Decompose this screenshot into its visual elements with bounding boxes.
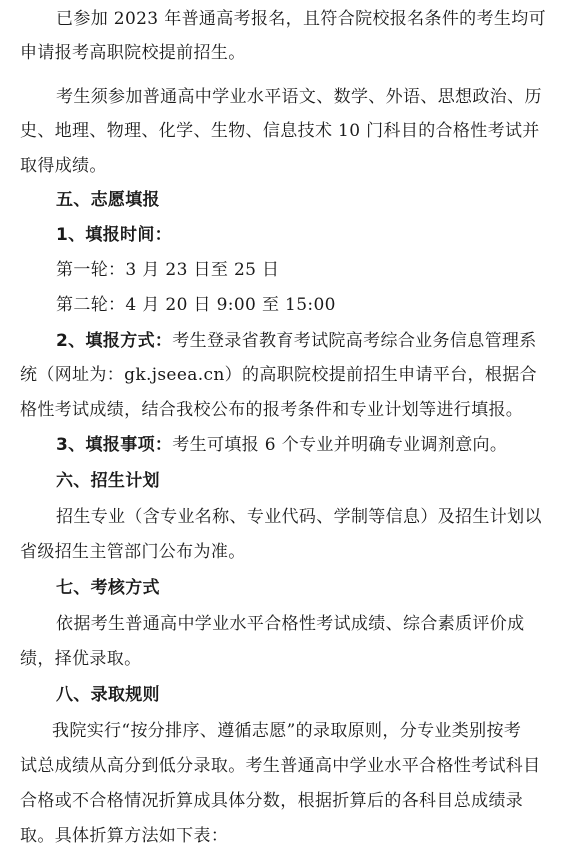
- fill-method-label: 2、填报方式：: [56, 331, 172, 351]
- admission-rule-line-1: 我院实行“按分排序、遵循志愿”的录取原则，分专业类别按考: [52, 720, 568, 742]
- admission-rule-line-4: 取。具体折算方法如下表：: [20, 825, 572, 847]
- admission-rule-line-2: 试总成绩从高分到低分录取。考生普通高中学业水平合格性考试科目: [20, 755, 572, 777]
- fill-notes-line: 3、填报事项：考生可填报 6 个专业并明确专业调剂意向。: [56, 434, 572, 456]
- round1-dates: 第一轮：3 月 23 日至 25 日: [56, 259, 572, 281]
- fill-time-heading: 1、填报时间：: [56, 224, 572, 246]
- eligibility-line-1: 已参加 2023 年普通高考报名，且符合院校报名条件的考生均可: [56, 8, 572, 30]
- fill-method-text: 考生登录省教育考试院高考综合业务信息管理系: [172, 331, 536, 351]
- assessment-line-2: 绩，择优录取。: [20, 648, 572, 670]
- section7-heading: 七、考核方式: [56, 577, 572, 599]
- round2-dates: 第二轮：4 月 20 日 9:00 至 15:00: [56, 294, 572, 316]
- fill-method-line-3: 格性考试成绩，结合我校公布的报考条件和专业计划等进行填报。: [20, 399, 572, 421]
- enrollment-plan-line-1: 招生专业（含专业名称、专业代码、学制等信息）及招生计划以: [56, 506, 572, 528]
- fill-notes-text: 考生可填报 6 个专业并明确专业调剂意向。: [172, 435, 507, 455]
- section8-heading: 八、录取规则: [56, 684, 572, 706]
- fill-method-line-1: 2、填报方式：考生登录省教育考试院高考综合业务信息管理系: [56, 330, 572, 352]
- assessment-line-1: 依据考生普通高中学业水平合格性考试成绩、综合素质评价成: [56, 613, 572, 635]
- enrollment-plan-line-2: 省级招生主管部门公布为准。: [20, 541, 572, 563]
- fill-method-line-2: 统（网址为：gk.jseea.cn）的高职院校提前招生申请平台，根据合: [20, 364, 572, 386]
- section5-heading: 五、志愿填报: [56, 189, 572, 211]
- admission-rule-line-3: 合格或不合格情况折算成具体分数，根据折算后的各科目总成绩录: [20, 790, 572, 812]
- exam-requirement-line-3: 取得成绩。: [20, 155, 572, 177]
- section6-heading: 六、招生计划: [56, 470, 572, 492]
- exam-requirement-line-2: 史、地理、物理、化学、生物、信息技术 10 门科目的合格性考试并: [20, 120, 572, 142]
- exam-requirement-line-1: 考生须参加普通高中学业水平语文、数学、外语、思想政治、历: [56, 86, 572, 108]
- fill-notes-label: 3、填报事项：: [56, 435, 172, 455]
- eligibility-line-2: 申请报考高职院校提前招生。: [20, 42, 572, 64]
